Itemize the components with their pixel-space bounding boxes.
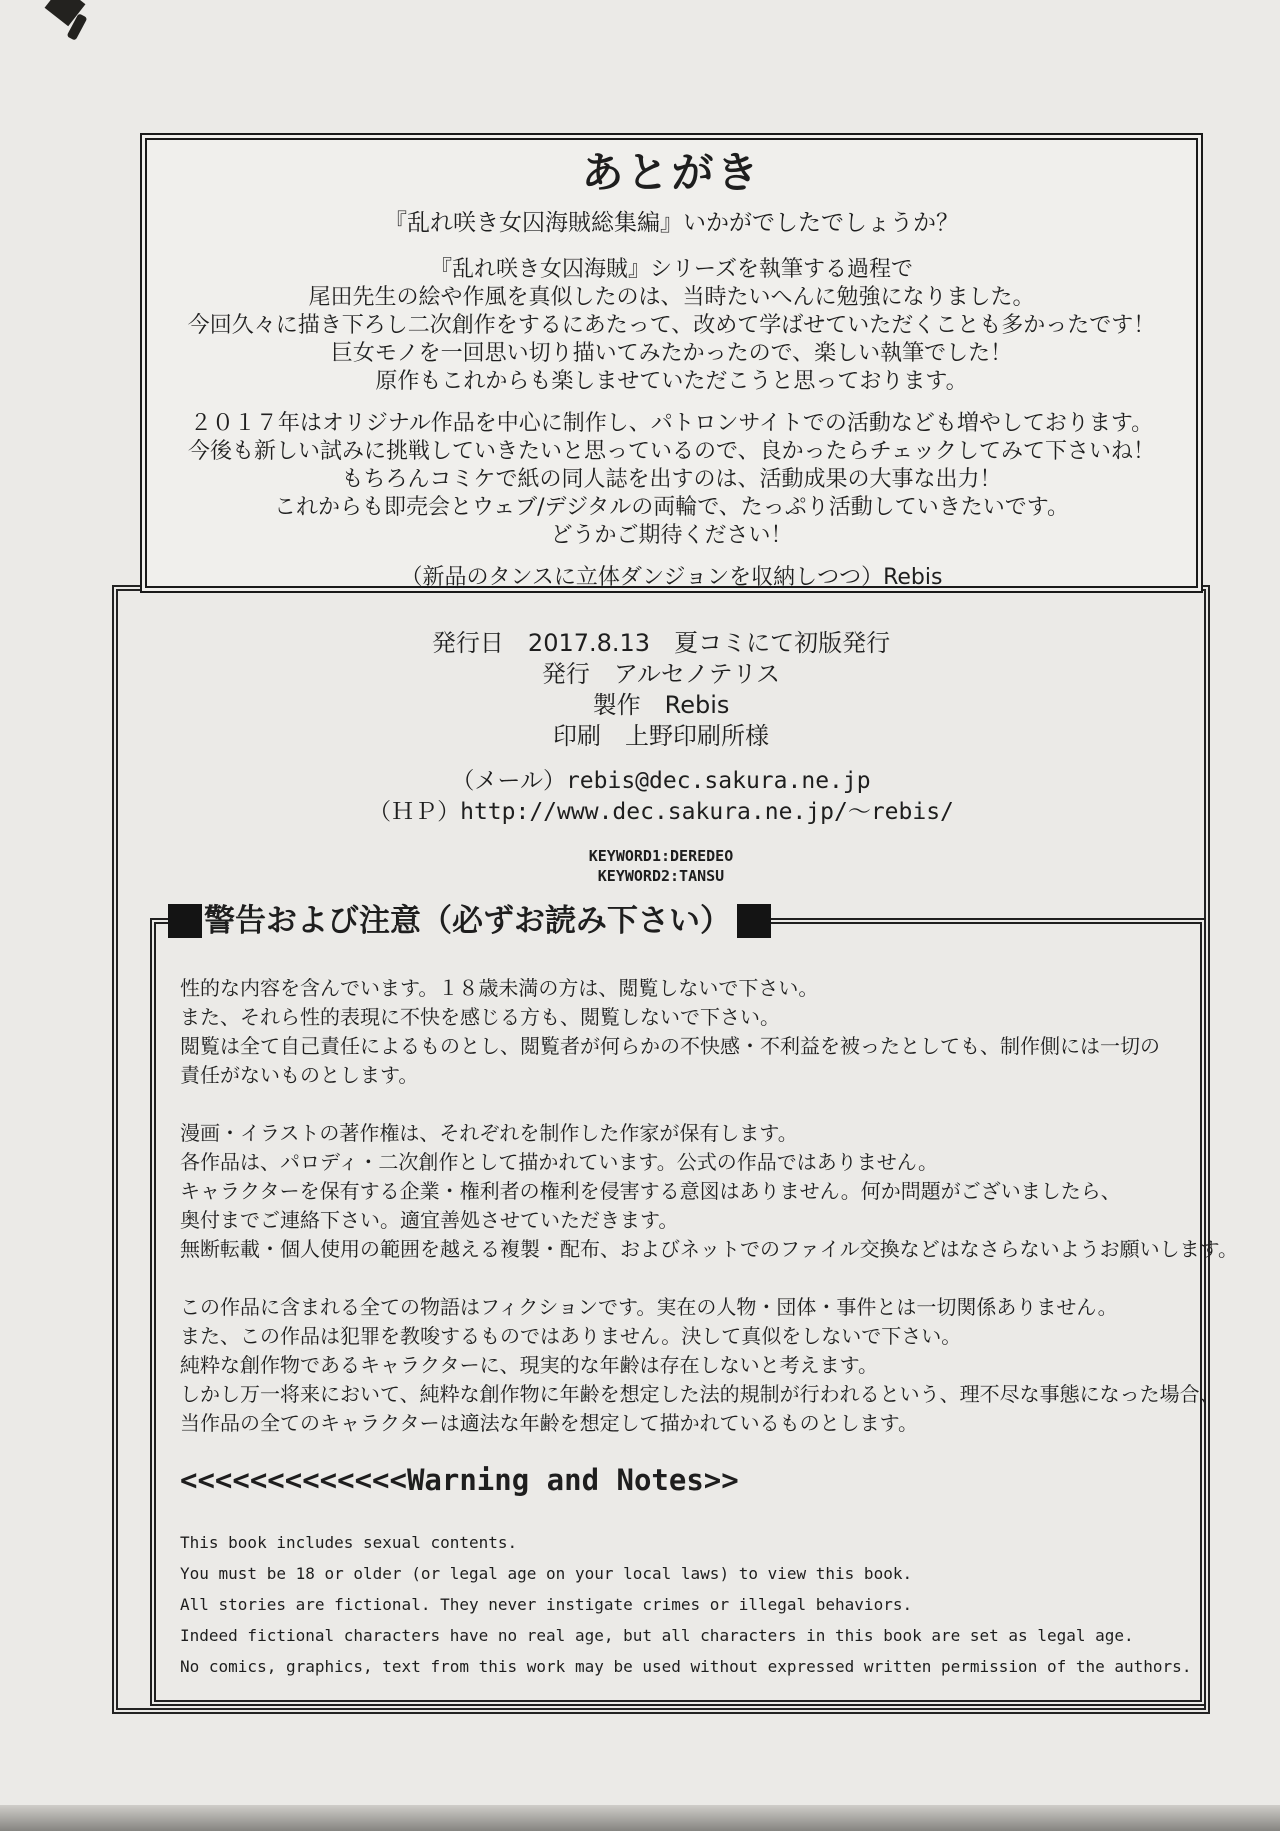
contact-info: （メール）rebis@dec.sakura.ne.jp （ＨＰ）http://w… [112, 766, 1210, 828]
email-line: （メール）rebis@dec.sakura.ne.jp [112, 766, 1210, 797]
text-line: 当作品の全てのキャラクターは適法な年齢を想定して描かれているものとします。 [180, 1409, 1186, 1438]
warning-paragraph: 性的な内容を含んでいます。１８歳未満の方は、閲覧しないで下さい。 また、それら性… [180, 974, 1186, 1090]
text-line: No comics, graphics, text from this work… [180, 1651, 1200, 1682]
afterword-paragraph: ２０１７年はオリジナル作品を中心に制作し、パトロンサイトでの活動なども増やしてお… [147, 410, 1196, 550]
warning-paragraph: この作品に含まれる全ての物語はフィクションです。実在の人物・団体・事件とは一切関… [180, 1293, 1186, 1438]
text-line: 漫画・イラストの著作権は、それぞれを制作した作家が保有します。 [180, 1119, 1186, 1148]
text-line: 原作もこれからも楽しませていただこうと思っております。 [147, 368, 1196, 396]
text-line: 尾田先生の絵や作風を真似したのは、当時たいへんに勉強になりました。 [147, 284, 1196, 312]
afterword-title: あとがき [147, 148, 1196, 198]
scan-bottom-edge [0, 1805, 1280, 1831]
warning-japanese-text: 性的な内容を含んでいます。１８歳未満の方は、閲覧しないで下さい。 また、それら性… [156, 924, 1200, 1438]
keyword-line: KEYWORD1:DEREDEO [112, 846, 1210, 866]
text-line: しかし万一将来において、純粋な創作物に年齢を想定した法的規制が行われるという、理… [180, 1380, 1186, 1409]
afterword-box: あとがき 『乱れ咲き女囚海賊総集編』いかがでしたでしょうか？ 『乱れ咲き女囚海賊… [140, 133, 1203, 593]
black-square-icon [168, 904, 202, 938]
colophon-line: 発行 アルセノテリス [112, 659, 1210, 690]
warning-paragraph: 漫画・イラストの著作権は、それぞれを制作した作家が保有します。 各作品は、パロデ… [180, 1119, 1186, 1264]
text-line: これからも即売会とウェブ/デジタルの両輪で、たっぷり活動していきたいです。 [147, 494, 1196, 522]
afterword-greeting: 『乱れ咲き女囚海賊総集編』いかがでしたでしょうか？ [147, 208, 1196, 238]
warning-heading: 警告および注意（必ずお読み下さい） [168, 898, 771, 944]
text-line: 巨女モノを一回思い切り描いてみたかったので、楽しい執筆でした！ [147, 340, 1196, 368]
text-line: キャラクターを保有する企業・権利者の権利を侵害する意図はありません。何か問題がご… [180, 1177, 1186, 1206]
text-line: 責任がないものとします。 [180, 1061, 1186, 1090]
colophon-line: 製作 Rebis [112, 690, 1210, 721]
text-line: 今後も新しい試みに挑戦していきたいと思っているので、良かったらチェックしてみて下… [147, 438, 1196, 466]
text-line: You must be 18 or older (or legal age on… [180, 1558, 1200, 1589]
afterword-signoff: （新品のタンスに立体ダンジョンを収納しつつ）Rebis [147, 564, 1196, 592]
text-line: All stories are fictional. They never in… [180, 1589, 1200, 1620]
text-line: 今回久々に描き下ろし二次創作をするにあたって、改めて学ばせていただくことも多かっ… [147, 312, 1196, 340]
warning-english-text: This book includes sexual contents. You … [156, 1527, 1200, 1682]
homepage-line: （ＨＰ）http://www.dec.sakura.ne.jp/～rebis/ [112, 797, 1210, 828]
text-line: また、この作品は犯罪を教唆するものではありません。決して真似をしないで下さい。 [180, 1322, 1186, 1351]
colophon-line: 印刷 上野印刷所様 [112, 721, 1210, 752]
text-line: 無断転載・個人使用の範囲を越える複製・配布、およびネットでのファイル交換などはな… [180, 1235, 1186, 1264]
colophon: 発行日 2017.8.13 夏コミにて初版発行 発行 アルセノテリス 製作 Re… [112, 628, 1210, 886]
text-line: もちろんコミケで紙の同人誌を出すのは、活動成果の大事な出力！ [147, 466, 1196, 494]
afterword-paragraph: 『乱れ咲き女囚海賊』シリーズを執筆する過程で 尾田先生の絵や作風を真似したのは、… [147, 256, 1196, 396]
keyword-line: KEYWORD2:TANSU [112, 866, 1210, 886]
colophon-line: 発行日 2017.8.13 夏コミにて初版発行 [112, 628, 1210, 659]
text-line: どうかご期待ください！ [147, 522, 1196, 550]
text-line: 『乱れ咲き女囚海賊』シリーズを執筆する過程で [147, 256, 1196, 284]
text-line: 各作品は、パロディ・二次創作として描かれています。公式の作品ではありません。 [180, 1148, 1186, 1177]
text-line: 性的な内容を含んでいます。１８歳未満の方は、閲覧しないで下さい。 [180, 974, 1186, 1003]
text-line: また、それら性的表現に不快を感じる方も、閲覧しないで下さい。 [180, 1003, 1186, 1032]
warning-english-heading: <<<<<<<<<<<<<Warning and Notes>> [156, 1463, 1200, 1497]
warning-box: 警告および注意（必ずお読み下さい） 性的な内容を含んでいます。１８歳未満の方は、… [150, 918, 1206, 1706]
text-line: 純粋な創作物であるキャラクターに、現実的な年齢は存在しないと考えます。 [180, 1351, 1186, 1380]
text-line: この作品に含まれる全ての物語はフィクションです。実在の人物・団体・事件とは一切関… [180, 1293, 1186, 1322]
keywords: KEYWORD1:DEREDEO KEYWORD2:TANSU [112, 846, 1210, 886]
text-line: This book includes sexual contents. [180, 1527, 1200, 1558]
text-line: 奥付までご連絡下さい。適宜善処させていただきます。 [180, 1206, 1186, 1235]
black-square-icon [737, 904, 771, 938]
warning-heading-text: 警告および注意（必ずお読み下さい） [202, 898, 737, 944]
text-line: Indeed fictional characters have no real… [180, 1620, 1200, 1651]
text-line: ２０１７年はオリジナル作品を中心に制作し、パトロンサイトでの活動なども増やしてお… [147, 410, 1196, 438]
text-line: 閲覧は全て自己責任によるものとし、閲覧者が何らかの不快感・不利益を被ったとしても… [180, 1032, 1186, 1061]
